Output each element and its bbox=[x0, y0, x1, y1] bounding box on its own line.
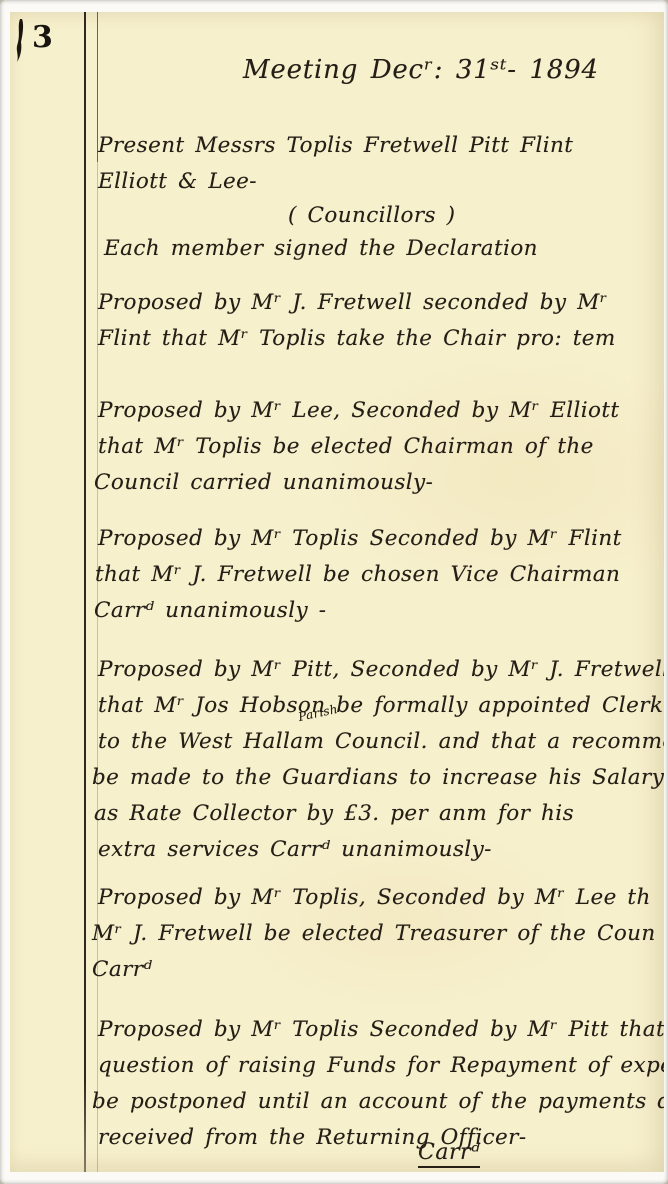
resolution-line: Flint that Mʳ Toplis take the Chair pro:… bbox=[98, 321, 664, 357]
resolution-line: question of raising Funds for Repayment … bbox=[98, 1048, 664, 1084]
resolution-line: Proposed by Mʳ J. Fretwell seconded by M… bbox=[98, 285, 664, 321]
resolution-line: received from the Returning Officer- bbox=[98, 1120, 664, 1156]
resolution-4: Proposed by Mʳ Pitt, Seconded by Mʳ J. F… bbox=[98, 652, 664, 868]
resolution-line: Proposed by Mʳ Toplis Seconded by Mʳ Fli… bbox=[98, 521, 664, 557]
page-number: 3 bbox=[32, 20, 54, 55]
minute-book-page: 3 Meeting Decʳ: 31ˢᵗ- 1894 Present Messr… bbox=[10, 12, 664, 1172]
attendance-line: ( Councillors ) bbox=[288, 200, 664, 232]
resolution-line: Mʳ J. Fretwell be elected Treasurer of t… bbox=[92, 916, 664, 952]
resolution-line: that Mʳ Toplis be elected Chairman of th… bbox=[98, 429, 664, 465]
ink-mark bbox=[13, 18, 27, 66]
resolution-line: Proposed by Mʳ Toplis Seconded by Mʳ Pit… bbox=[98, 1012, 664, 1048]
attendance-paragraph: Present Messrs Toplis Fretwell Pitt Flin… bbox=[98, 128, 664, 266]
meeting-heading-text: Meeting Decʳ: 31ˢᵗ- 1894 bbox=[243, 52, 664, 88]
attendance-line: Elliott & Lee- bbox=[98, 164, 664, 200]
resolution-line: Proposed by Mʳ Pitt, Seconded by Mʳ J. F… bbox=[98, 652, 664, 688]
attendance-line: Present Messrs Toplis Fretwell Pitt Flin… bbox=[98, 128, 664, 164]
carried-signoff: Carrᵈ bbox=[418, 1140, 480, 1168]
resolution-1: Proposed by Mʳ J. Fretwell seconded by M… bbox=[98, 285, 664, 357]
resolution-line: that Mʳ J. Fretwell be chosen Vice Chair… bbox=[95, 557, 664, 593]
resolution-3: Proposed by Mʳ Toplis Seconded by Mʳ Fli… bbox=[98, 521, 664, 629]
resolution-line: Carrᵈ bbox=[92, 952, 664, 988]
resolution-line: Proposed by Mʳ Toplis, Seconded by Mʳ Le… bbox=[98, 880, 664, 916]
resolution-line: Proposed by Mʳ Lee, Seconded by Mʳ Ellio… bbox=[98, 393, 664, 429]
resolution-line: as Rate Collector by £3. per anm for his bbox=[94, 796, 664, 832]
resolution-line: Carrᵈ unanimously - bbox=[94, 593, 664, 629]
resolution-6: Proposed by Mʳ Toplis Seconded by Mʳ Pit… bbox=[98, 1012, 664, 1156]
resolution-5: Proposed by Mʳ Toplis, Seconded by Mʳ Le… bbox=[98, 880, 664, 988]
resolution-line: Council carried unanimously- bbox=[94, 465, 664, 501]
scan-border: 3 Meeting Decʳ: 31ˢᵗ- 1894 Present Messr… bbox=[0, 0, 668, 1184]
resolution-line: be made to the Guardians to increase his… bbox=[92, 760, 664, 796]
resolution-line: to the West Hallam Council. and that a r… bbox=[98, 724, 664, 760]
resolution-2: Proposed by Mʳ Lee, Seconded by Mʳ Ellio… bbox=[98, 393, 664, 501]
resolution-line: extra services Carrᵈ unanimously- bbox=[98, 832, 664, 868]
resolution-line: that Mʳ Jos Hobson be formally appointed… bbox=[98, 688, 664, 724]
resolution-line: be postponed until an account of the pay… bbox=[92, 1084, 664, 1120]
attendance-line: Each member signed the Declaration bbox=[104, 232, 664, 266]
meeting-heading: Meeting Decʳ: 31ˢᵗ- 1894 bbox=[98, 52, 664, 88]
margin-rule-solid bbox=[84, 12, 86, 1172]
